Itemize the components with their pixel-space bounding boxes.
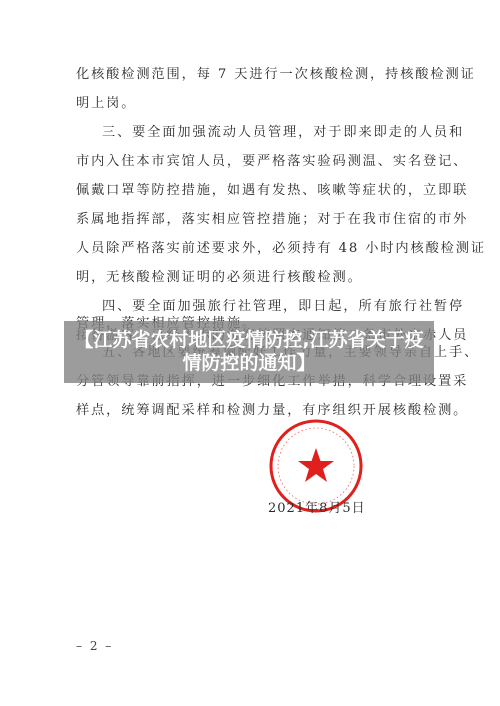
body-text-line: 样点，统筹调配采样和检测力量，有序组织开展核酸检测。	[76, 403, 436, 419]
document-page: 化核酸检测范围，每 7 天进行一次核酸检测，持核酸检测证 明上岗。 三、要全面加…	[0, 0, 500, 706]
section-heading-3: 三、要全面加强流动人员管理，对于即来即走的人员和	[102, 125, 462, 141]
body-text-line: 系属地指挥部，落实相应管控措施；对于在我市住宿的市外	[76, 212, 436, 228]
body-text-line: 市内入住本市宾馆人员，要严格落实验码测温、实名登记、	[76, 154, 436, 170]
page-number: – 2 –	[76, 639, 113, 653]
body-text-line: 明，无核酸检测证明的必须进行核酸检测。	[76, 270, 436, 286]
body-text-line: 化核酸检测范围，每 7 天进行一次核酸检测，持核酸检测证	[76, 67, 436, 83]
title-overlay-banner: 【江苏省农村地区疫情防控,江苏省关于疫情防控的通知】	[64, 321, 434, 383]
body-text-line: 佩戴口罩等防控措施，如遇有发热、咳嗽等症状的，立即联	[76, 183, 436, 199]
banner-title: 【江苏省农村地区疫情防控,江苏省关于疫情防控的通知】	[74, 329, 424, 375]
document-date: 2021年8月5日	[268, 497, 366, 516]
body-text-line: 明上岗。	[76, 96, 436, 112]
section-heading-4: 四、要全面加强旅行社管理，即日起，所有旅行社暂停	[102, 299, 462, 315]
body-text-line: 人员除严格落实前述要求外，必须持有 48 小时内核酸检测证	[76, 241, 436, 257]
